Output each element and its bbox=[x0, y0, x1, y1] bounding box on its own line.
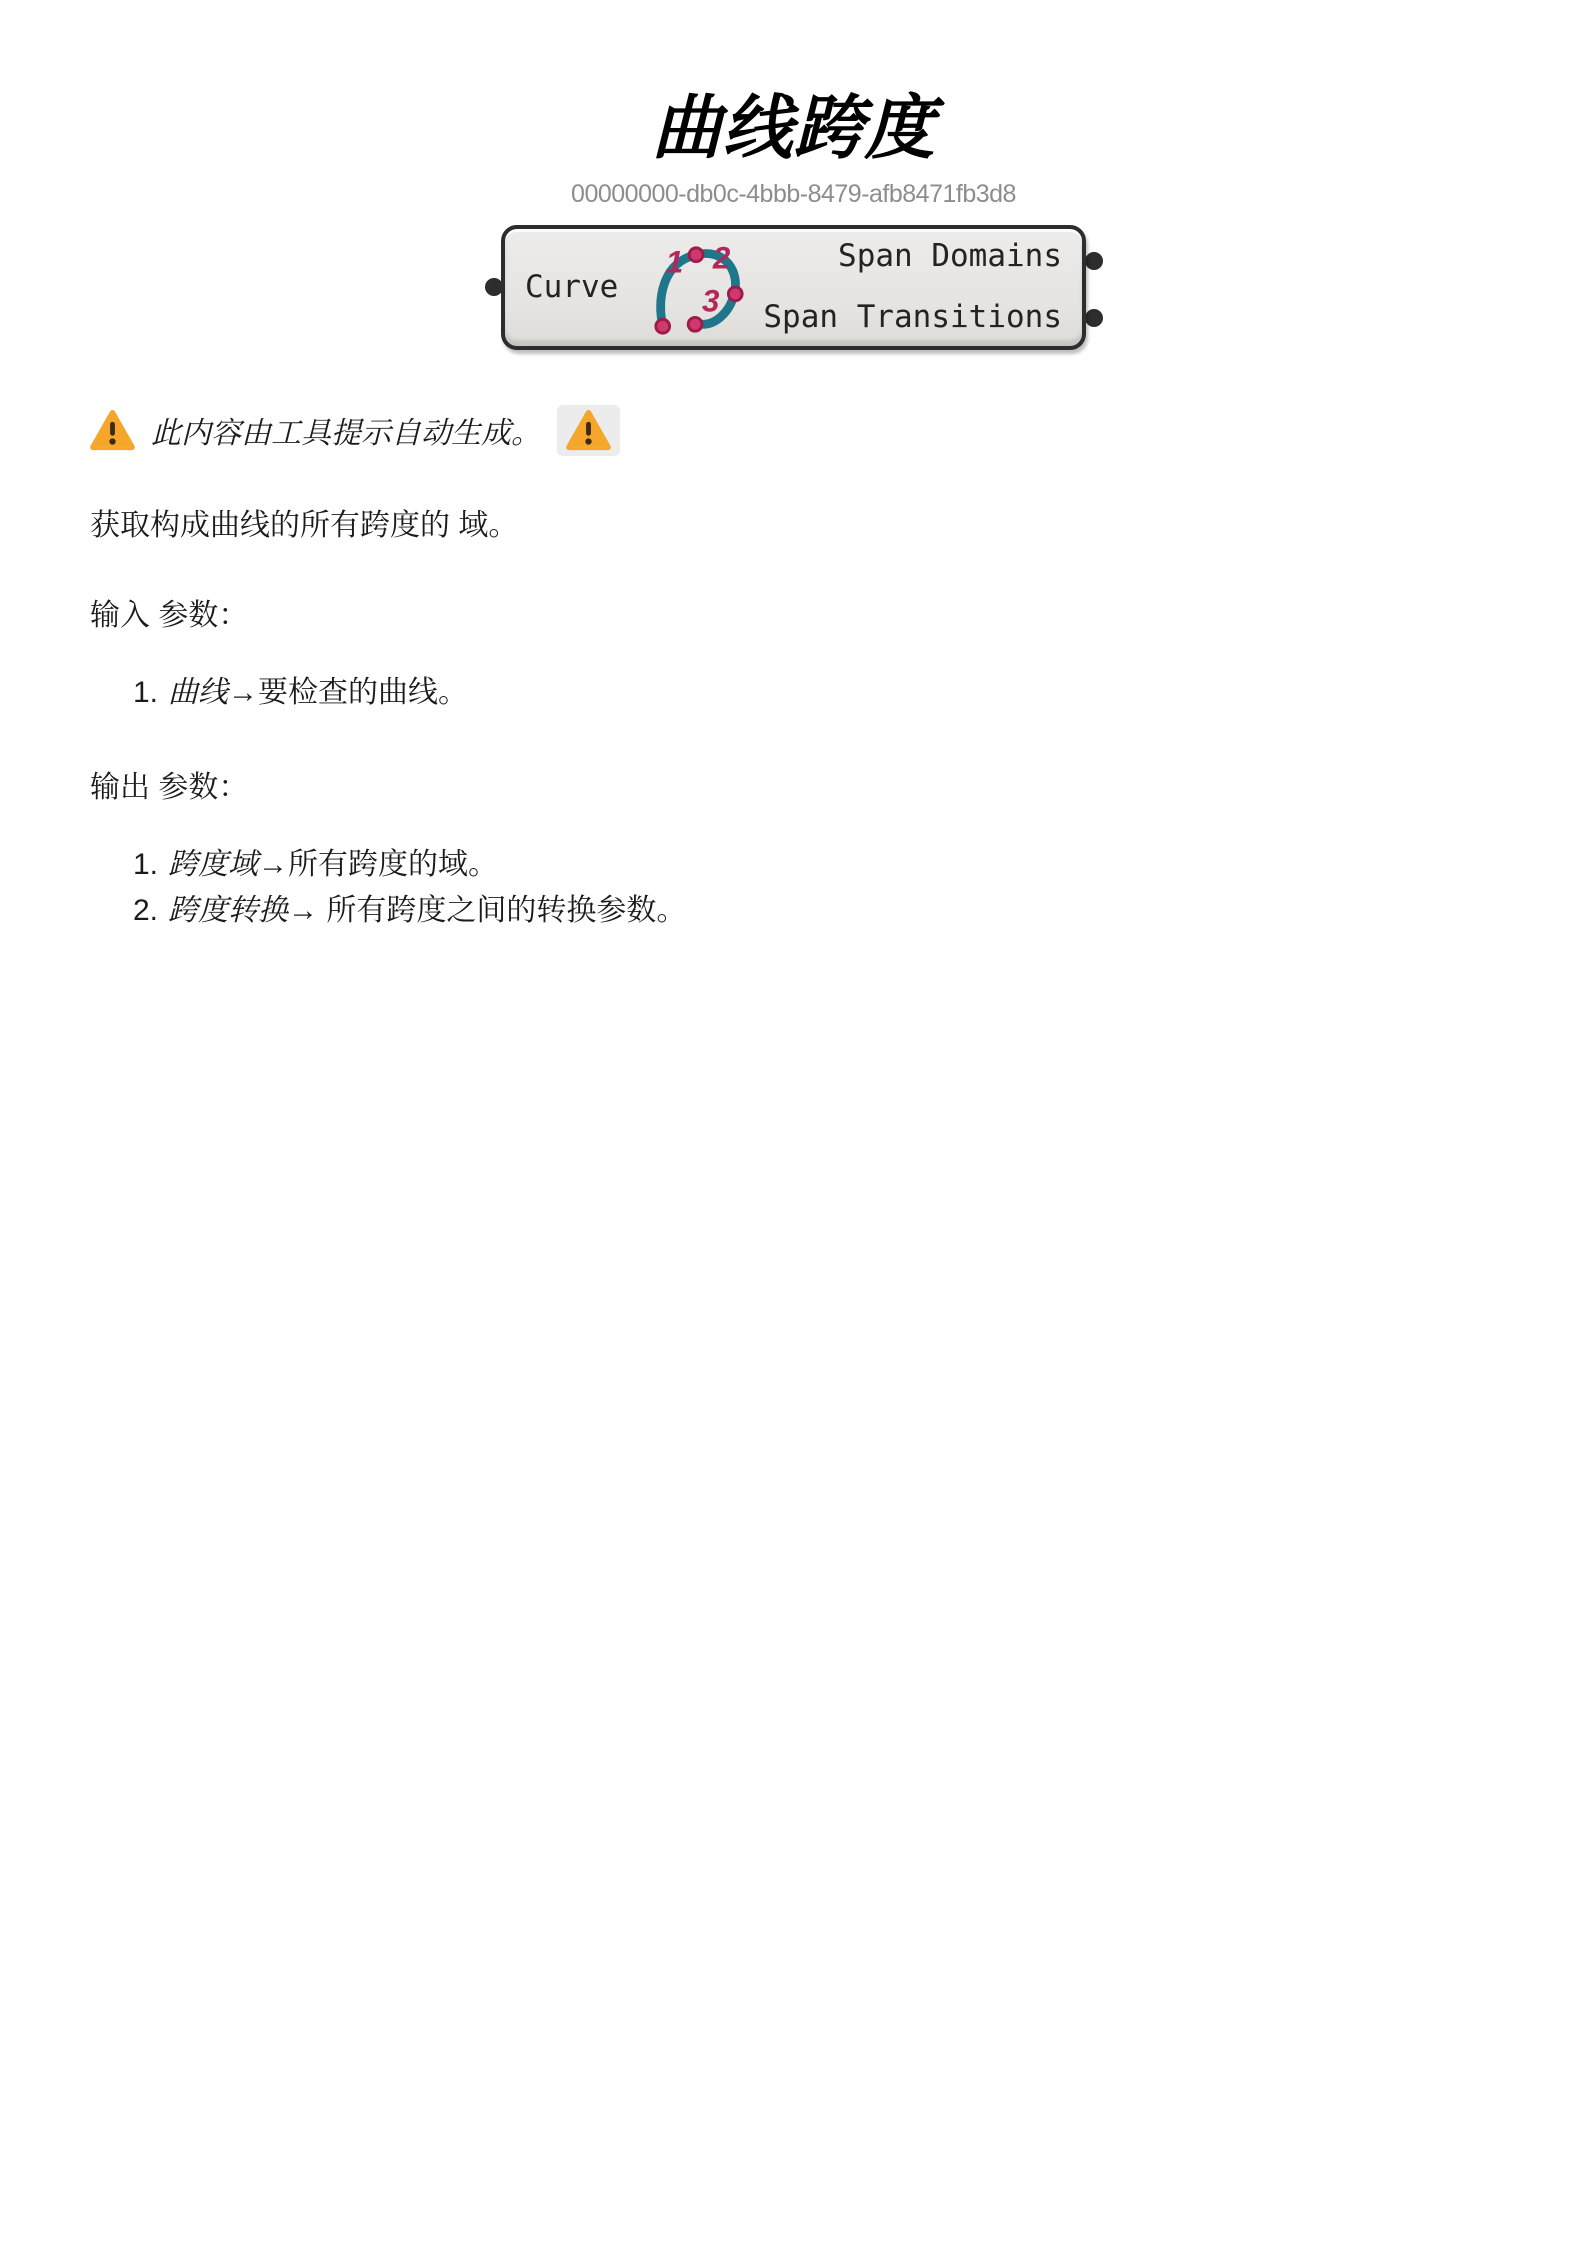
outputs-heading: 输出 参数： bbox=[90, 762, 1587, 806]
span-number-3: 3 bbox=[702, 283, 720, 318]
output-item-span-transitions: 2.跨度转换→ 所有跨度之间的转换参数。 bbox=[133, 888, 1587, 934]
span-number-1: 1 bbox=[666, 244, 683, 279]
control-point-icon bbox=[689, 247, 703, 261]
arrow-glyph: → bbox=[258, 848, 288, 881]
notice-text: 此内容由工具提示自动生成。 bbox=[151, 408, 541, 452]
list-number: 1. bbox=[133, 670, 158, 716]
warning-icon bbox=[566, 410, 611, 451]
component-description: 获取构成曲线的所有跨度的 域。 bbox=[90, 500, 1587, 544]
control-point-icon bbox=[656, 319, 670, 333]
param-description: 所有跨度之间的转换参数。 bbox=[318, 894, 686, 927]
page-title: 曲线跨度 bbox=[0, 0, 1587, 166]
param-name: 跨度域 bbox=[168, 848, 258, 881]
component-output-label-span-domains: Span Domains bbox=[838, 238, 1062, 274]
auto-generated-notice: 此内容由工具提示自动生成。 bbox=[90, 405, 1587, 456]
param-name: 跨度转换 bbox=[168, 894, 288, 927]
inputs-list: 1.曲线→要检查的曲线。 bbox=[133, 670, 1587, 716]
arrow-glyph: → bbox=[288, 894, 318, 927]
control-point-icon bbox=[688, 317, 702, 331]
output-item-span-domains: 1.跨度域→所有跨度的域。 bbox=[133, 842, 1587, 888]
list-number: 1. bbox=[133, 842, 158, 888]
component-input-label: Curve bbox=[525, 269, 618, 305]
component-outputs: Span Domains Span Transitions bbox=[763, 238, 1062, 335]
component-diagram: Curve 1 2 3 Span Domains Span Transition… bbox=[501, 225, 1086, 350]
param-description: 所有跨度的域。 bbox=[288, 848, 498, 881]
control-point-icon bbox=[728, 287, 742, 301]
param-description: 要检查的曲线。 bbox=[258, 676, 468, 709]
span-number-2: 2 bbox=[712, 241, 731, 275]
input-item-curve: 1.曲线→要检查的曲线。 bbox=[133, 670, 1587, 716]
warning-badge bbox=[557, 405, 620, 456]
curve-spans-icon: 1 2 3 bbox=[647, 241, 751, 339]
warning-icon bbox=[90, 410, 135, 451]
inputs-heading: 输入 参数： bbox=[90, 590, 1587, 634]
outputs-list: 1.跨度域→所有跨度的域。 2.跨度转换→ 所有跨度之间的转换参数。 bbox=[133, 842, 1587, 934]
output-port-connector-span-domains bbox=[1085, 252, 1103, 270]
arrow-glyph: → bbox=[228, 676, 258, 709]
param-name: 曲线 bbox=[168, 676, 228, 709]
list-number: 2. bbox=[133, 888, 158, 934]
component-output-label-span-transitions: Span Transitions bbox=[763, 299, 1062, 335]
output-port-connector-span-transitions bbox=[1085, 309, 1103, 327]
component-body: Curve 1 2 3 Span Domains Span Transition… bbox=[501, 225, 1086, 350]
component-uuid: 00000000-db0c-4bbb-8479-afb8471fb3d8 bbox=[0, 180, 1587, 209]
